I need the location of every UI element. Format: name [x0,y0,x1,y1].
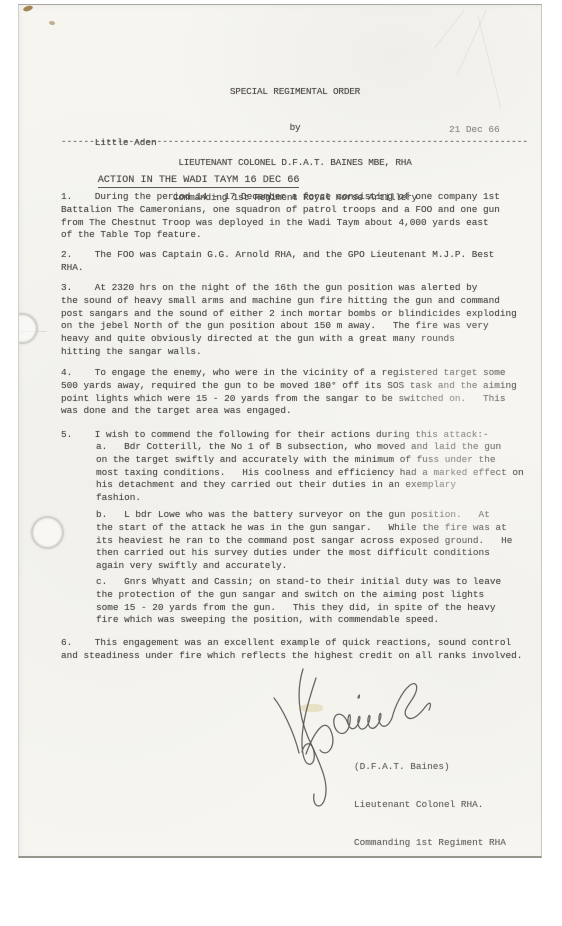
text-line: b. L bdr Lowe who was the battery survey… [96,509,512,522]
rust-stain [22,5,33,13]
document-heading-text: ACTION IN THE WADI TAYM 16 DEC 66 [98,175,300,188]
text-line: of the Table Top feature. [61,229,500,242]
signature-rank: Lieutenant Colonel RHA. [354,799,506,812]
paragraph-2: 2. The FOO was Captain G.G. Arnold RHA, … [61,249,494,275]
order-title: SPECIAL REGIMENTAL ORDER [61,86,529,98]
text-line: 6. This engagement was an excellent exam… [61,637,522,650]
paragraph-5: 5. I wish to commend the following for t… [61,429,489,442]
paragraph-1: 1. During the period 14 - 17 December a … [61,191,500,242]
separator-dashes: ----------------------------------------… [61,136,529,149]
crease-line [434,10,464,48]
rust-stain [49,20,56,25]
text-line: hitting the sangar walls. [61,346,517,359]
hole-punch-bottom [31,516,64,549]
text-line: again very swiftly and accurately. [96,560,512,573]
subparagraph-a: a. Bdr Cotterill, the No 1 of B subsecti… [96,441,524,505]
signature-name: (D.F.A.T. Baines) [354,761,506,774]
subparagraph-b: b. L bdr Lowe who was the battery survey… [96,509,512,573]
text-line: then carried out his survey duties under… [96,547,512,560]
text-line: the protection of the gun sangar and swi… [96,589,501,602]
text-line: 1. During the period 14 - 17 December a … [61,191,500,204]
text-line: a. Bdr Cotterill, the No 1 of B subsecti… [96,441,524,454]
text-line: RHA. [61,262,494,275]
subparagraph-c: c. Gnrs Whyatt and Cassin; on stand-to t… [96,576,501,627]
text-line: its heaviest he ran to the command post … [96,535,512,548]
text-line: fire which was sweeping the position, wi… [96,614,501,627]
text-line: on the jebel North of the gun position a… [61,320,517,333]
text-line: most taxing conditions. His coolness and… [96,467,524,480]
paper-sheet: SPECIAL REGIMENTAL ORDER by LIEUTENANT C… [18,4,542,858]
paragraph-4: 4. To engage the enemy, who were in the … [61,367,517,418]
text-line: the sound of heavy small arms and machin… [61,295,517,308]
text-line: heavy and quite obviously directed at th… [61,333,517,346]
text-line: Battalion The Cameronians, one squadron … [61,204,500,217]
paragraph-3: 3. At 2320 hrs on the night of the 16th … [61,282,517,359]
text-line: from The Chestnut Troop was deployed in … [61,217,500,230]
text-line: some 15 - 20 yards from the gun. This th… [96,602,501,615]
text-line: 5. I wish to commend the following for t… [61,429,489,442]
text-line: point lights which were 15 - 20 yards fr… [61,393,517,406]
text-line: the start of the attack he was in the gu… [96,522,512,535]
text-line: 3. At 2320 hrs on the night of the 16th … [61,282,517,295]
signature-command: Commanding 1st Regiment RHA [354,837,506,850]
text-line: fashion. [96,492,524,505]
text-line: 2. The FOO was Captain G.G. Arnold RHA, … [61,249,494,262]
text-line: on the target swiftly and accurately wit… [96,454,524,467]
text-line: his detachment and they carried out thei… [96,479,524,492]
date-label: 21 Dec 66 [449,124,500,137]
signature-block: (D.F.A.T. Baines) Lieutenant Colonel RHA… [354,736,506,858]
text-line: 4. To engage the enemy, who were in the … [61,367,517,380]
text-line: 500 yards away, required the gun to be m… [61,380,517,393]
text-line: c. Gnrs Whyatt and Cassin; on stand-to t… [96,576,501,589]
scanned-document-page: SPECIAL REGIMENTAL ORDER by LIEUTENANT C… [0,0,562,926]
text-line: post sangars and the sound of either 2 i… [61,308,517,321]
text-line: was done and the target area was engaged… [61,405,517,418]
hole-punch-top [18,313,38,344]
